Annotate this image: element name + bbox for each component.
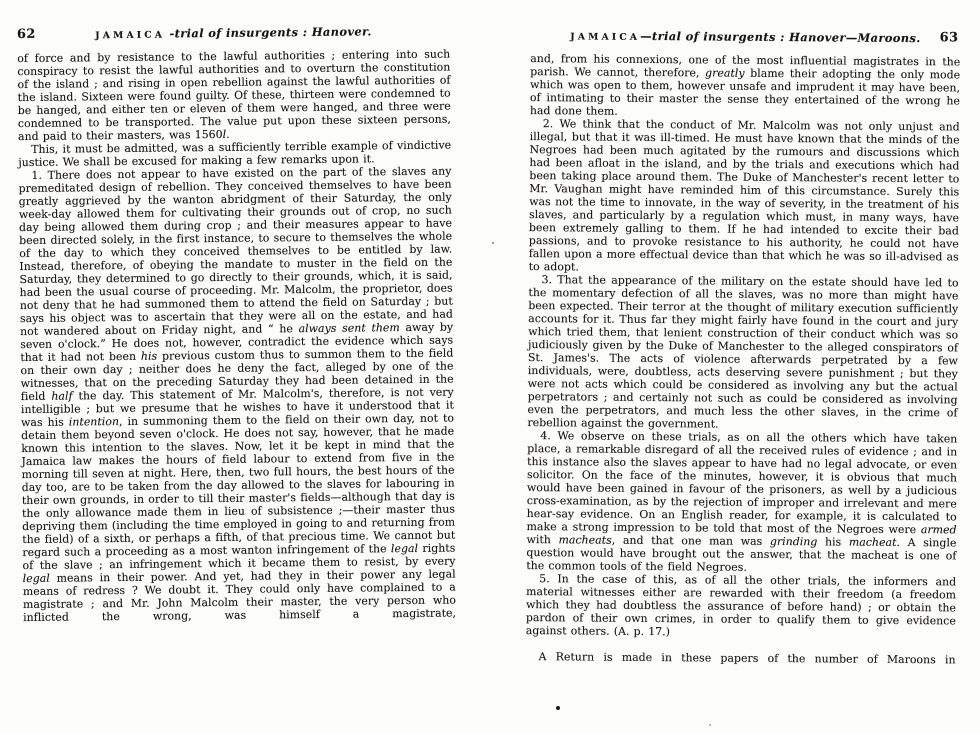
paragraph-numbered-3: 3. That the appearance of the military o…: [527, 273, 958, 432]
page-62-body: of force and by resistance to the lawful…: [17, 47, 456, 624]
book-spread: 62 JAMAICA -trial of insurgents : Hanove…: [0, 0, 980, 734]
page-63-header: JAMAICA—trial of insurgents : Hanover—Ma…: [530, 28, 960, 48]
paragraph-continuation: of force and by resistance to the lawful…: [17, 47, 451, 143]
page-number-left: 62: [17, 27, 36, 42]
page-62: 62 JAMAICA -trial of insurgents : Hanove…: [17, 23, 456, 624]
ink-speck: [709, 724, 711, 726]
page-62-header: 62 JAMAICA -trial of insurgents : Hanove…: [17, 23, 450, 45]
running-header-left: JAMAICA -trial of insurgents : Hanover.: [17, 23, 450, 42]
paragraph-return-note: A Return is made in these papers of the …: [526, 650, 956, 666]
running-header-right: JAMAICA—trial of insurgents : Hanover—Ma…: [530, 28, 960, 45]
ink-speck: [556, 706, 560, 710]
page-63-body: and, from his connexions, one of the mos…: [526, 52, 961, 666]
paragraph-numbered-5: 5. In the case of this, as of all the ot…: [526, 572, 956, 640]
paragraph-continuation: and, from his connexions, one of the mos…: [530, 52, 960, 120]
ink-speck: [492, 242, 494, 244]
page-number-right: 63: [940, 30, 959, 45]
paragraph-numbered-4: 4. We observe on these trials, as on all…: [526, 429, 957, 575]
page-63: JAMAICA—trial of insurgents : Hanover—Ma…: [526, 28, 961, 666]
paragraph-numbered-2: 2. We think that the conduct of Mr. Malc…: [529, 117, 960, 276]
paragraph-numbered-1: 1. There does not appear to have existed…: [18, 164, 456, 624]
